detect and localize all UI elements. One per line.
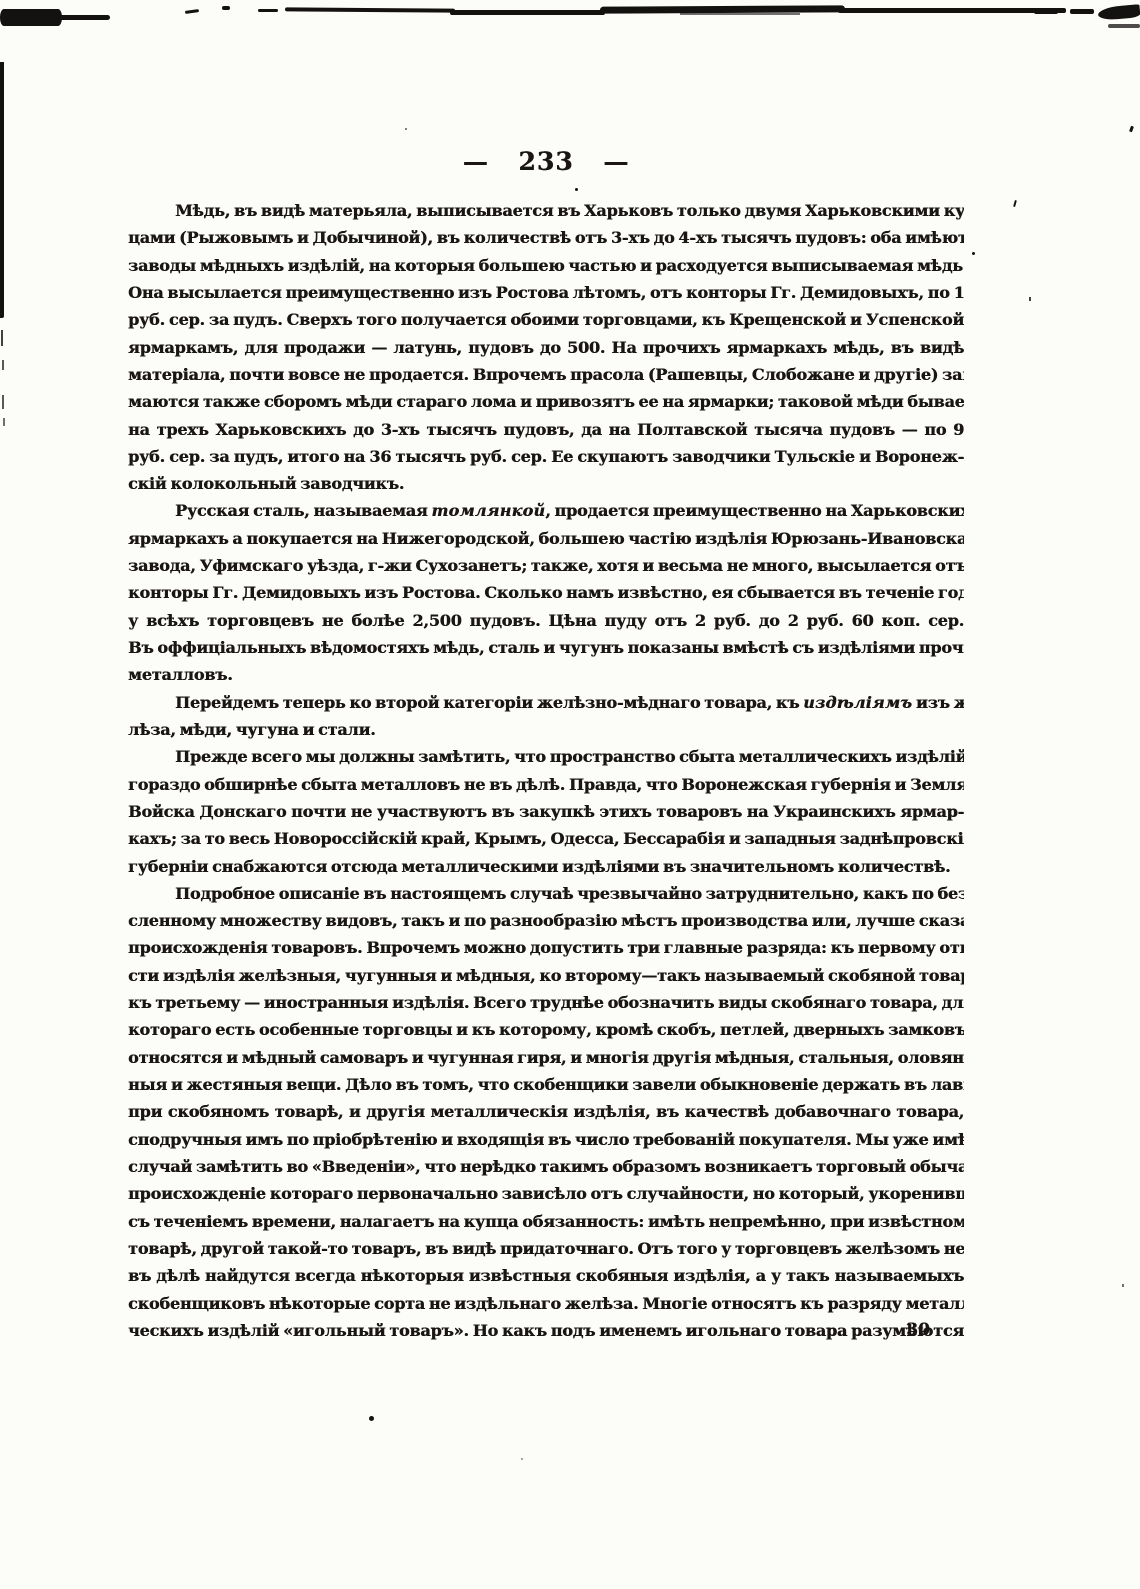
page-number: — 233 — (128, 147, 964, 177)
text-line: Мѣдь, въ видѣ матерьяла, выписывается въ… (128, 197, 964, 224)
text-line: съ теченіемъ времени, налагаетъ на купца… (128, 1208, 964, 1235)
text-line: Перейдемъ теперь ко второй категоріи жел… (128, 689, 964, 716)
scan-mark-top-right (1070, 9, 1094, 14)
paragraph: Мѣдь, въ видѣ матерьяла, выписывается въ… (128, 197, 964, 497)
paragraph: Русская сталь, называемая томлянкой, про… (128, 497, 964, 688)
scan-edge-line-left (0, 62, 4, 318)
paragraph: Прежде всего мы должны замѣтить, что про… (128, 743, 964, 880)
text-line: товарѣ, другой такой-то товаръ, въ видѣ … (128, 1235, 964, 1262)
book-page-scan: — 233 — Мѣдь, въ видѣ матерьяла, выписыв… (0, 0, 1140, 1589)
text-block: — 233 — Мѣдь, въ видѣ матерьяла, выписыв… (128, 147, 964, 1344)
text-line: заводы мѣдныхъ издѣлій, на которыя больш… (128, 252, 964, 279)
text-line: происхожденіе котораго первоначально зав… (128, 1180, 964, 1207)
text-line: лѣза, мѣди, чугуна и стали. (128, 716, 964, 743)
scan-speck (521, 1458, 523, 1460)
text-line: ческихъ издѣлій «игольный товаръ». Но ка… (128, 1317, 964, 1344)
text-line: Русская сталь, называемая томлянкой, про… (128, 497, 964, 524)
text-line: скобенщиковъ нѣкоторые сорта не издѣльна… (128, 1290, 964, 1317)
scan-edge-dash (1, 330, 3, 346)
scan-edge-dash (2, 395, 4, 409)
text-line: происхожденія товаровъ. Впрочемъ можно д… (128, 934, 964, 961)
text-line: конторы Гг. Демидовыхъ изъ Ростова. Скол… (128, 579, 964, 606)
text-line: Прежде всего мы должны замѣтить, что про… (128, 743, 964, 770)
text-line: къ третьему — иностранныя издѣлія. Всего… (128, 989, 964, 1016)
text-line: сти издѣлія желѣзныя, чугунныя и мѣдныя,… (128, 962, 964, 989)
text-line: завода, Уфимскаго уѣзда, г-жи Сухозанетъ… (128, 552, 964, 579)
text-line: ярмаркахъ а покупается на Нижегородской,… (128, 525, 964, 552)
text-line: Войска Донскаго почти не участвуютъ въ з… (128, 798, 964, 825)
text-line: кахъ; за то весь Новороссійскій край, Кр… (128, 825, 964, 852)
text-line: случай замѣтить во «Введеніи», что нерѣд… (128, 1153, 964, 1180)
text-line: ярмаркамъ, для продажи — латунь, пудовъ … (128, 334, 964, 361)
scan-blob-top-left (0, 9, 62, 26)
text-line: въ дѣлѣ найдутся всегда нѣкоторыя извѣст… (128, 1262, 964, 1289)
scan-speck (972, 252, 975, 255)
text-line: руб. сер. за пудъ. Сверхъ того получаетс… (128, 306, 964, 333)
signature-mark: 30 (896, 1320, 940, 1340)
text-line: металловъ. (128, 661, 964, 688)
scan-edge-dash (3, 418, 5, 426)
text-line: сподручныя имъ по пріобрѣтенію и входящі… (128, 1126, 964, 1153)
scan-blob-top-left-tail (55, 15, 110, 20)
scan-mark-top-right (1098, 4, 1140, 21)
scan-speck (1013, 200, 1017, 207)
scan-smudge-segment (450, 10, 605, 15)
scan-smudge-segment (680, 13, 800, 15)
scan-smudge-segment (838, 8, 1066, 13)
scan-smudge-segment (285, 7, 455, 12)
text-line: Подробное описаніе въ настоящемъ случаѣ … (128, 880, 964, 907)
scan-speck (1029, 297, 1031, 301)
text-line: у всѣхъ торговцевъ не болѣе 2,500 пудовъ… (128, 607, 964, 634)
text-line: матеріала, почти вовсе не продается. Впр… (128, 361, 964, 388)
text-line: при скобяномъ товарѣ, и другія металличе… (128, 1098, 964, 1125)
scan-speck (405, 128, 407, 130)
scan-smudge-segment (222, 6, 230, 10)
scan-mark-top-right (1034, 10, 1058, 14)
scan-edge-dash (2, 360, 4, 370)
text-line: Въ оффиціальныхъ вѣдомостяхъ мѣдь, сталь… (128, 634, 964, 661)
text-line: цами (Рыжовымъ и Добычиной), въ количест… (128, 224, 964, 251)
scan-smudge-segment (185, 9, 199, 14)
scan-smudge-segment (258, 9, 278, 12)
text-line: скій колокольный заводчикъ. (128, 470, 964, 497)
text-line: гораздо обширнѣе сбыта металловъ не въ д… (128, 771, 964, 798)
text-block-body: Мѣдь, въ видѣ матерьяла, выписывается въ… (128, 197, 964, 1344)
paragraph: Подробное описаніе въ настоящемъ случаѣ … (128, 880, 964, 1344)
text-line: сленному множеству видовъ, такъ и по раз… (128, 907, 964, 934)
scan-speck (1129, 126, 1134, 133)
text-line: котораго есть особенные торговцы и къ ко… (128, 1016, 964, 1043)
text-line: относятся и мѣдный самоваръ и чугунная г… (128, 1044, 964, 1071)
text-line: на трехъ Харьковскихъ до 3-хъ тысячъ пуд… (128, 416, 964, 443)
text-line: Она высылается преимущественно изъ Росто… (128, 279, 964, 306)
text-line: губерніи снабжаются отсюда металлическим… (128, 853, 964, 880)
scan-speck (1122, 1284, 1124, 1287)
text-line: маются также сборомъ мѣди стараго лома и… (128, 388, 964, 415)
paragraph: Перейдемъ теперь ко второй категоріи жел… (128, 689, 964, 744)
text-line: руб. сер. за пудъ, итого на 36 тысячъ ру… (128, 443, 964, 470)
text-line: ныя и жестяныя вещи. Дѣло въ томъ, что с… (128, 1071, 964, 1098)
scan-mark-top-right (1108, 24, 1140, 28)
scan-speck (369, 1416, 374, 1421)
